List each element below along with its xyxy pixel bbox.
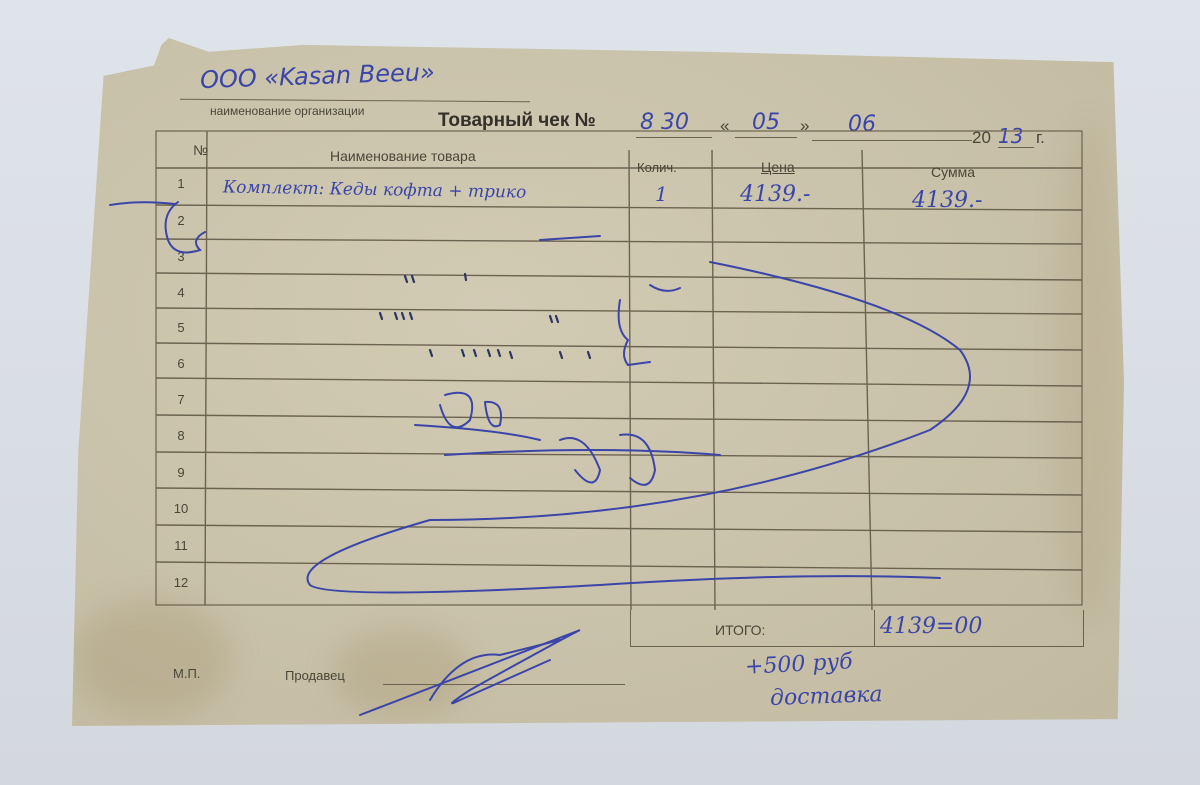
total-value: 4139=00	[880, 614, 982, 639]
row-num: 4	[155, 285, 207, 300]
receipt-title: Товарный чек №	[438, 110, 596, 132]
row-num: 6	[155, 356, 207, 371]
items-table: № Наименование товара Колич. Цена Сумма …	[155, 130, 1083, 610]
row-num: 11	[155, 538, 207, 553]
row-1-sum: 4139.-	[912, 188, 982, 213]
row-num: 7	[155, 392, 207, 407]
row-num: 1	[155, 176, 207, 191]
row-num: 10	[155, 501, 207, 516]
row-num: 9	[155, 465, 207, 480]
seller-label: Продавец	[285, 668, 345, 683]
total-divider	[874, 610, 875, 646]
row-num: 8	[155, 428, 207, 443]
organization-caption: наименование организации	[210, 104, 364, 118]
row-1-price: 4139.-	[740, 182, 810, 207]
seller-signature-line	[383, 684, 625, 685]
header-sum: Сумма	[931, 164, 975, 180]
header-name: Наименование товара	[330, 148, 476, 164]
stamp-label: М.П.	[173, 666, 200, 681]
header-qty: Колич.	[637, 160, 677, 175]
total-label: ИТОГО:	[715, 622, 765, 638]
header-price: Цена	[761, 159, 795, 175]
total-box	[630, 610, 1084, 647]
header-num: №	[193, 142, 208, 158]
row-num: 2	[155, 213, 207, 228]
paper-stain	[332, 628, 472, 718]
row-1-qty: 1	[655, 182, 668, 206]
paper-stain	[72, 598, 232, 718]
row-num: 5	[155, 320, 207, 335]
row-num: 3	[155, 249, 207, 264]
row-num: 12	[155, 575, 207, 590]
note-delivery-label: доставка	[770, 682, 883, 711]
